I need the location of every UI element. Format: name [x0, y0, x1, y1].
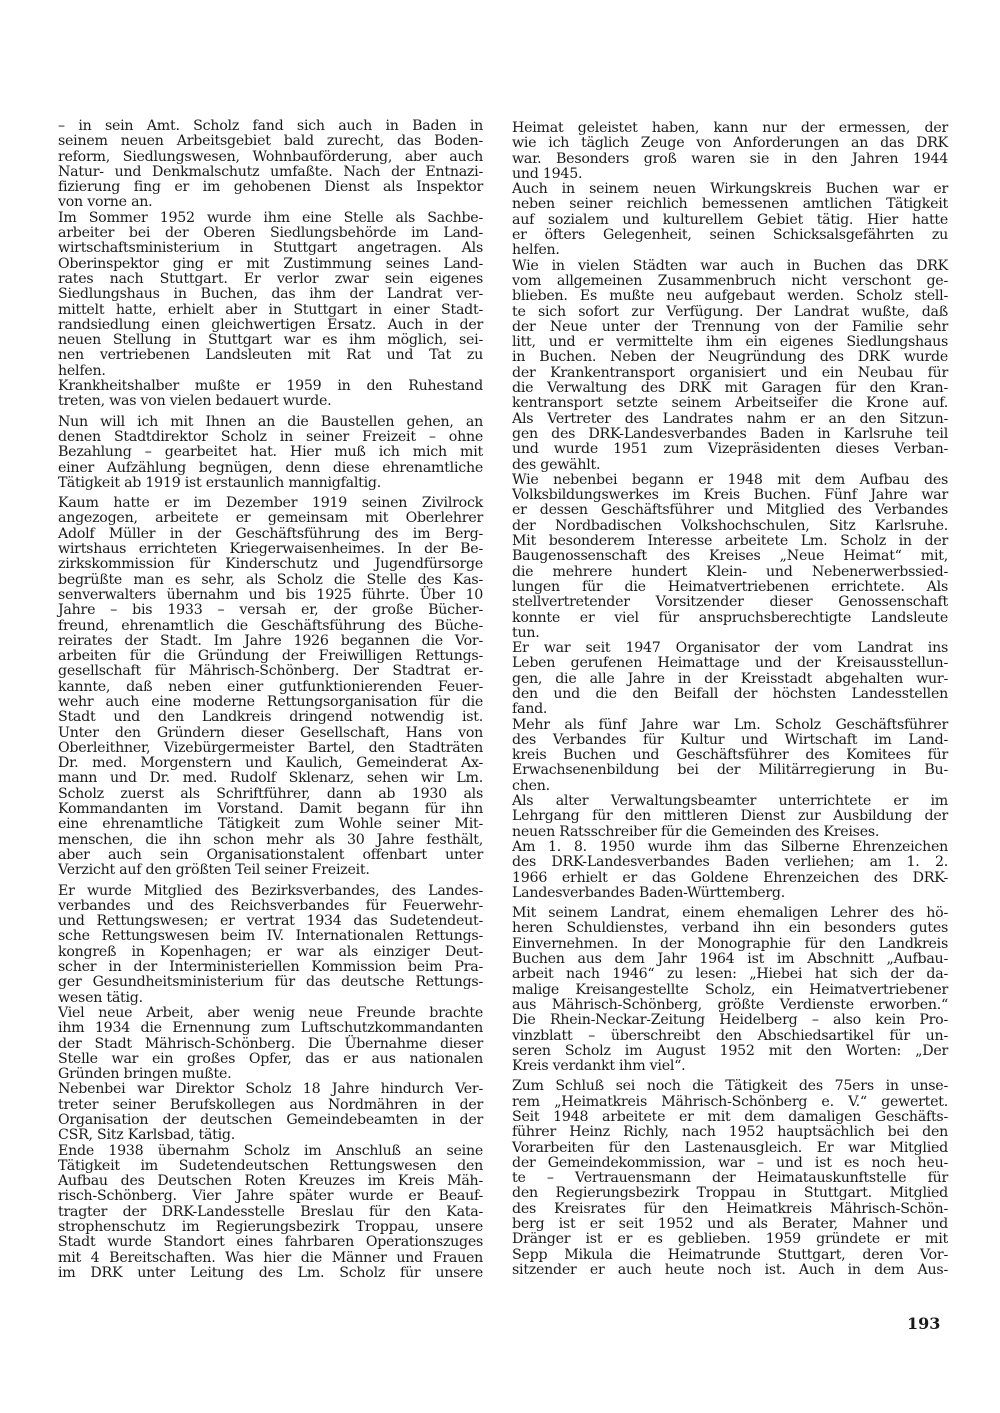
text-line: scher in der Interministeriellen Kommiss… — [58, 960, 483, 975]
paragraph: – in sein Amt. Scholz fand sich auch in … — [58, 119, 483, 211]
text-line: ihm 1934 die Ernennung zum Luftschutzkom… — [58, 1021, 483, 1036]
text-line: vom allgemeinen Zusammenbruch nicht vers… — [512, 274, 948, 289]
text-line: Oberinspektor ging er mit Zustimmung sei… — [58, 257, 483, 272]
text-line: Bezahlung – gearbeitet hat. Hier muß ich… — [58, 445, 483, 460]
text-line: und wurde 1951 zum Vizepräsidenten diese… — [512, 442, 948, 457]
text-line: te sich sofort zur Verfügung. Der Landra… — [512, 305, 948, 320]
text-line: Gründen bringen mußte. — [58, 1067, 483, 1082]
text-line: konnte er viel für anspruchsberechtigte … — [512, 611, 948, 626]
paragraph: Nun will ich mit Ihnen an die Baustellen… — [58, 415, 483, 491]
text-line: rates nach Stuttgart. Er verlor zwar sei… — [58, 272, 483, 287]
text-line: Heimat geleistet haben, kann nur der erm… — [512, 121, 948, 136]
text-line: Adolf Müller in der Geschäftsführung des… — [58, 527, 483, 542]
text-line: Mit besonderem Interesse arbeitete Lm. S… — [512, 534, 948, 549]
paragraph: Mehr als fünf Jahre war Lm. Scholz Gesch… — [512, 718, 948, 794]
text-line: strophenschutz im Regierungsbezirk Tropp… — [58, 1220, 483, 1235]
paragraph: Er war seit 1947 Organisator der vom Lan… — [512, 641, 948, 717]
text-line: von vorne an. — [58, 195, 483, 210]
text-line: kongreß in Kopenhagen; er war als einzig… — [58, 945, 483, 960]
text-line: Scholz zuerst als Schriftführer, dann ab… — [58, 787, 483, 802]
text-line: Buchen aus dem Jahr 1964 ist im Abschnit… — [512, 952, 948, 967]
text-line: Nebenbei war Direktor Scholz 18 Jahre hi… — [58, 1082, 483, 1097]
text-line: er dessen Geschäftsführer und Mitglied d… — [512, 503, 948, 518]
text-line: Volksbildungswerkes im Kreis Buchen. Fün… — [512, 488, 948, 503]
text-line: Er war seit 1947 Organisator der vom Lan… — [512, 641, 948, 656]
text-line: Am 1. 8. 1950 wurde ihm das Silberne Ehr… — [512, 840, 948, 855]
text-line: Mehr als fünf Jahre war Lm. Scholz Gesch… — [512, 718, 948, 733]
text-line: arbeit nach 1946“ zu lesen: „Hiebei hat … — [512, 967, 948, 982]
text-line: Er wurde Mitglied des Bezirksverbandes, … — [58, 884, 483, 899]
text-line: der Krankentransport organisiert und ein… — [512, 366, 948, 381]
text-line: den und die den Beifall der höchsten Lan… — [512, 687, 948, 702]
text-line: Krankheitshalber mußte er 1959 in den Ru… — [58, 379, 483, 394]
text-line: Aufbau des Deutschen Roten Kreuzes im Kr… — [58, 1174, 483, 1189]
text-line: litt, und er vermittelte ihm ein eigenes… — [512, 335, 948, 350]
text-line: vinzblatt – überschreibt den Abschiedsar… — [512, 1029, 948, 1044]
text-line: Lehrgang für den mittleren Dienst zur Au… — [512, 809, 948, 824]
text-line: heren Schuldienstes, verband ihn ein bes… — [512, 921, 948, 936]
text-line: Tätigkeit im Sudetendeutschen Rettungswe… — [58, 1159, 483, 1174]
text-line: fizierung fing er im gehobenen Dienst al… — [58, 180, 483, 195]
text-line: fand. — [512, 702, 948, 717]
text-line: Im Sommer 1952 wurde ihm eine Stelle als… — [58, 211, 483, 226]
text-line: helfen. — [512, 243, 948, 258]
text-line: wehr auch eine moderne Rettungsorganisat… — [58, 695, 483, 710]
text-line: Unter den Gründern dieser Gesellschaft, … — [58, 726, 483, 741]
text-line: stellvertretender Vorsitzender dieser Ge… — [512, 595, 948, 610]
text-line: reform, Siedlungswesen, Wohnbauförderung… — [58, 150, 483, 165]
text-line: Landesverbandes Baden-Württemberg. — [512, 886, 948, 901]
text-line: reirates der Stadt. Im Jahre 1926 begann… — [58, 634, 483, 649]
text-line: die Verwaltung des DRK mit Garagen für d… — [512, 381, 948, 396]
text-line: wie ich täglich Zeuge von Anforderungen … — [512, 136, 948, 151]
text-line: nen vertriebenen Landsleuten mit Rat und… — [58, 348, 483, 363]
text-line: Sepp Mikula die Heimatrunde Stuttgart, d… — [512, 1248, 948, 1263]
text-line: Baugenossenschaft des Kreises „Neue Heim… — [512, 549, 948, 564]
text-line: des DRK-Landesverbandes Baden verliehen;… — [512, 855, 948, 870]
page-number: 193 — [907, 1314, 940, 1333]
text-line: einer Aufzählung begnügen, denn diese eh… — [58, 461, 483, 476]
text-line: Als alter Verwaltungsbeamter unterrichte… — [512, 794, 948, 809]
text-line: der Gemeindekommission, war – und ist es… — [512, 1156, 948, 1171]
text-line: Dränger ist er es geblieben. 1959 gründe… — [512, 1232, 948, 1247]
text-line: chen. — [512, 779, 948, 794]
paragraph: Er wurde Mitglied des Bezirksverbandes, … — [58, 884, 483, 1006]
text-line: senverwalters übernahm und bis 1925 führ… — [58, 588, 483, 603]
text-line: helfen. — [58, 364, 483, 379]
text-line: Einvernehmen. In der Monographie für den… — [512, 937, 948, 952]
text-line: Stadt wurde Standort eines fahrbaren Ope… — [58, 1235, 483, 1250]
text-line: tragter der DRK-Landesstelle Breslau für… — [58, 1205, 483, 1220]
text-line: kannte, daß neben einer gutfunktionieren… — [58, 680, 483, 695]
paragraph: Heimat geleistet haben, kann nur der erm… — [512, 121, 948, 182]
text-line: aber auch sein Organisationstalent offen… — [58, 848, 483, 863]
text-line: risch-Schönberg. Vier Jahre später wurde… — [58, 1189, 483, 1204]
text-line: Oberleithner, Vizebürgermeister Bartel, … — [58, 741, 483, 756]
text-line: Viel neue Arbeit, aber wenig neue Freund… — [58, 1006, 483, 1021]
text-line: neuen Stellung in Stuttgart war es ihm m… — [58, 333, 483, 348]
text-line: berg ist er seit 1952 und als Berater, M… — [512, 1217, 948, 1232]
text-line: den Regierungsbezirk Troppau in Stuttgar… — [512, 1186, 948, 1201]
text-line: kreis Buchen und Geschäftsführer des Kom… — [512, 748, 948, 763]
paragraph: Auch in seinem neuen Wirkungskreis Buche… — [512, 182, 948, 258]
left-column: – in sein Amt. Scholz fand sich auch in … — [58, 119, 483, 1281]
text-line: Wie nebenbei begann er 1948 mit dem Aufb… — [512, 473, 948, 488]
text-line: rem „Heimatkreis Mährisch-Schönberg e. V… — [512, 1095, 948, 1110]
text-line: mann und Dr. med. Rudolf Sklenarz, sehen… — [58, 771, 483, 786]
text-line: gen des DRK-Landesverbandes Baden in Kar… — [512, 427, 948, 442]
text-line: Organisation der deutschen Gemeindebeamt… — [58, 1113, 483, 1128]
text-line: wesen tätig. — [58, 991, 483, 1006]
text-line: denen Stadtdirektor Scholz in seiner Fre… — [58, 430, 483, 445]
text-line: Leben gerufenen Heimattage und der Kreis… — [512, 656, 948, 671]
paragraph: Nebenbei war Direktor Scholz 18 Jahre hi… — [58, 1082, 483, 1143]
text-line: Auch in seinem neuen Wirkungskreis Buche… — [512, 182, 948, 197]
text-line: des Kreisrates für den Heimatkreis Mähri… — [512, 1202, 948, 1217]
text-line: menschen, die ihn schon mehr als 30 Jahr… — [58, 833, 483, 848]
text-line: Seit 1948 arbeitete er mit dem damaligen… — [512, 1110, 948, 1125]
text-line: sche Rettungswesen beim IV. Internationa… — [58, 929, 483, 944]
text-line: gesellschaft für Mährisch-Schönberg. Der… — [58, 664, 483, 679]
text-line: der Stadt Mährisch-Schönberg. Die Überna… — [58, 1037, 483, 1052]
text-line: – in sein Amt. Scholz fand sich auch in … — [58, 119, 483, 134]
text-line: mittelt hatte, erhielt aber in Stuttgart… — [58, 303, 483, 318]
text-line: Die Rhein-Neckar-Zeitung Heidelberg – al… — [512, 1013, 948, 1028]
text-line: arbeiter bei der Oberen Siedlungsbehörde… — [58, 226, 483, 241]
text-line: kentransport setzte seinem Arbeitseifer … — [512, 396, 948, 411]
text-line: Dr. med. Morgenstern und Kaulich, Gemein… — [58, 756, 483, 771]
text-line: neben seiner reichlich bemessenen amtlic… — [512, 197, 948, 212]
text-line: eine ehrenamtliche Tätigkeit zum Wohle s… — [58, 817, 483, 832]
text-line: malige Kreisangestellte Scholz, ein Heim… — [512, 983, 948, 998]
text-line: seinem neuen Arbeitsgebiet bald zurecht,… — [58, 134, 483, 149]
text-line: führer Heinz Richly, nach 1952 hauptsäch… — [512, 1125, 948, 1140]
text-line: Als Vertreter des Landrates nahm er an d… — [512, 412, 948, 427]
text-line: Natur- und Denkmalschutz umfaßte. Nach d… — [58, 165, 483, 180]
paragraph: Zum Schluß sei noch die Tätigkeit des 75… — [512, 1079, 948, 1278]
text-line: seren Scholz im August 1952 mit den Wort… — [512, 1044, 948, 1059]
text-line: lungen für die Heimatvertriebenen errich… — [512, 580, 948, 595]
text-line: Erwachsenenbildung bei der Militärregier… — [512, 763, 948, 778]
text-line: wirtschaftsministerium in Stuttgart ange… — [58, 241, 483, 256]
text-line: und Rettungswesen; er vertrat 1934 das S… — [58, 914, 483, 929]
text-line: neuen Ratsschreiber für die Gemeinden de… — [512, 825, 948, 840]
text-line: im DRK unter Leitung des Lm. Scholz für … — [58, 1266, 483, 1281]
text-line: mit 4 Bereitschaften. Was hier die Männe… — [58, 1251, 483, 1266]
right-column: Heimat geleistet haben, kann nur der erm… — [512, 121, 948, 1278]
text-line: angezogen, arbeitete er gemeinsam mit Ob… — [58, 511, 483, 526]
text-line: arbeiten für die Gründung der Freiwillig… — [58, 649, 483, 664]
text-line: Mit seinem Landrat, einem ehemaligen Leh… — [512, 906, 948, 921]
text-line: Kaum hatte er im Dezember 1919 seinen Zi… — [58, 496, 483, 511]
text-line: verbandes und des Reichsverbandes für Fe… — [58, 899, 483, 914]
text-line: Vorarbeiten für den Lastenausgleich. Er … — [512, 1141, 948, 1156]
text-line: die mehrere hundert Klein- und Nebenerwe… — [512, 565, 948, 580]
paragraph: Als alter Verwaltungsbeamter unterrichte… — [512, 794, 948, 840]
text-line: der Nordbadischen Volkshochschulen, Sitz… — [512, 519, 948, 534]
text-line: randsiedlung einen gleichwertigen Ersatz… — [58, 318, 483, 333]
text-line: war. Besonders groß waren sie in den Jah… — [512, 152, 948, 167]
text-line: zirkskommission für Kinderschutz und Jug… — [58, 557, 483, 572]
text-line: ger Gesundheitsministerium für das deuts… — [58, 975, 483, 990]
text-line: wirtshaus errichteten Kriegerwaisenheime… — [58, 542, 483, 557]
text-line: aus Mährisch-Schönberg, größte Verdienst… — [512, 998, 948, 1013]
text-line: Nun will ich mit Ihnen an die Baustellen… — [58, 415, 483, 430]
text-line: blieben. Es mußte neu aufgebaut werden. … — [512, 289, 948, 304]
text-line: begrüßte man es sehr, als Scholz die Ste… — [58, 573, 483, 588]
paragraph: Ende 1938 übernahm Scholz im Anschluß an… — [58, 1144, 483, 1282]
text-line: treter seiner Berufskollegen aus Nordmäh… — [58, 1098, 483, 1113]
text-line: Verzicht auf den größten Teil seiner Fre… — [58, 863, 483, 878]
text-line: Jahre – bis 1933 – versah er, der große … — [58, 603, 483, 618]
text-line: Kreis verdankt ihm viel“. — [512, 1059, 948, 1074]
text-line: tun. — [512, 626, 948, 641]
paragraph: Mit seinem Landrat, einem ehemaligen Leh… — [512, 906, 948, 1074]
paragraph: Viel neue Arbeit, aber wenig neue Freund… — [58, 1006, 483, 1082]
text-line: Zum Schluß sei noch die Tätigkeit des 75… — [512, 1079, 948, 1094]
text-line: er öfters Gelegenheit, seinen Schicksals… — [512, 228, 948, 243]
text-line: in Buchen. Neben der Neugründung des DRK… — [512, 350, 948, 365]
text-line: der Neue unter der Trennung von der Fami… — [512, 320, 948, 335]
text-line: gen, die alle Jahre in der Kreisstadt ab… — [512, 672, 948, 687]
text-line: Ende 1938 übernahm Scholz im Anschluß an… — [58, 1144, 483, 1159]
text-line: des Verbandes für Kultur und Wirtschaft … — [512, 733, 948, 748]
text-line: Tätigkeit ab 1919 ist erstaunlich mannig… — [58, 476, 483, 491]
text-line: CSR, Sitz Karlsbad, tätig. — [58, 1128, 483, 1143]
paragraph: Am 1. 8. 1950 wurde ihm das Silberne Ehr… — [512, 840, 948, 901]
text-line: treten, was von vielen bedauert wurde. — [58, 394, 483, 409]
text-line: te – Vertrauensmann der Heimatauskunftst… — [512, 1171, 948, 1186]
paragraph: Wie in vielen Städten war auch in Buchen… — [512, 259, 948, 473]
paragraph: Krankheitshalber mußte er 1959 in den Ru… — [58, 379, 483, 410]
text-line: und 1945. — [512, 167, 948, 182]
text-line: Stadt und den Landkreis dringend notwend… — [58, 710, 483, 725]
text-line: sitzender er auch heute noch ist. Auch i… — [512, 1263, 948, 1278]
text-line: auf sozialem und kulturellem Gebiet täti… — [512, 213, 948, 228]
text-line: des gewählt. — [512, 458, 948, 473]
text-line: 1966 erhielt er das Goldene Ehrenzeichen… — [512, 871, 948, 886]
text-line: Siedlungshaus in Buchen, das ihm der Lan… — [58, 287, 483, 302]
text-line: Kommandanten im Vorstand. Damit begann f… — [58, 802, 483, 817]
text-line: freund, ehrenamtlich die Geschäftsführun… — [58, 619, 483, 634]
paragraph: Wie nebenbei begann er 1948 mit dem Aufb… — [512, 473, 948, 641]
text-line: Wie in vielen Städten war auch in Buchen… — [512, 259, 948, 274]
paragraph: Im Sommer 1952 wurde ihm eine Stelle als… — [58, 211, 483, 379]
paragraph: Kaum hatte er im Dezember 1919 seinen Zi… — [58, 496, 483, 878]
text-line: Stelle war ein großes Opfer, das er aus … — [58, 1052, 483, 1067]
